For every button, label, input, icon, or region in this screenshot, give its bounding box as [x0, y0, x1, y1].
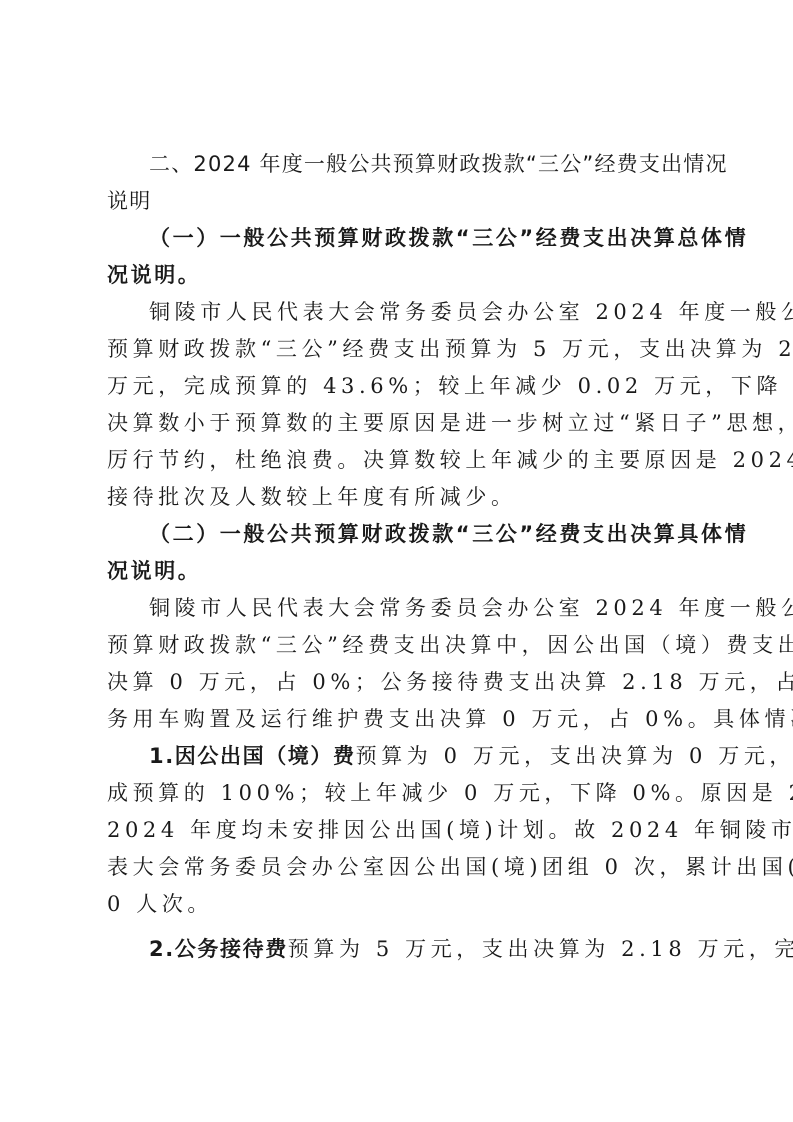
section-heading-line: 说明 [107, 183, 693, 220]
paragraph-line: 预算财政拨款“三公”经费支出决算中，因公出国（境）费支出 [107, 627, 693, 664]
subsection-heading-line: 况说明。 [107, 553, 693, 590]
item-official-reception: 2.公务接待费预算为 5 万元，支出决算为 2.18 万元，完成 [107, 931, 693, 968]
paragraph-line: 2024 年度均未安排因公出国(境)计划。故 2024 年铜陵市人民代 [107, 812, 693, 849]
item-label: 1.因公出国（境）费 [149, 744, 356, 768]
subsection-heading-line: （二）一般公共预算财政拨款“三公”经费支出决算具体情 [107, 516, 693, 553]
subsection-heading-line: 况说明。 [107, 257, 693, 294]
spacer [107, 923, 693, 931]
paragraph-line: 表大会常务委员会办公室因公出国(境)团组 0 次，累计出国(境) [107, 849, 693, 886]
section-heading-line: 二、2024 年度一般公共预算财政拨款“三公”经费支出情况 [107, 146, 693, 183]
paragraph-line: 铜陵市人民代表大会常务委员会办公室 2024 年度一般公共 [107, 294, 693, 331]
item-first-line: 2.公务接待费预算为 5 万元，支出决算为 2.18 万元，完成 [107, 931, 693, 968]
subsection-heading-line: （一）一般公共预算财政拨款“三公”经费支出决算总体情 [107, 220, 693, 257]
section-heading: 二、2024 年度一般公共预算财政拨款“三公”经费支出情况 说明 [107, 146, 693, 220]
item-first-line: 1.因公出国（境）费预算为 0 万元，支出决算为 0 万元，完 [107, 738, 693, 775]
paragraph-overall: 铜陵市人民代表大会常务委员会办公室 2024 年度一般公共 预算财政拨款“三公”… [107, 294, 693, 516]
paragraph-line: 0 人次。 [107, 886, 693, 923]
subsection-detail: （二）一般公共预算财政拨款“三公”经费支出决算具体情 况说明。 铜陵市人民代表大… [107, 516, 693, 968]
paragraph-line: 决算数小于预算数的主要原因是进一步树立过“紧日子”思想， [107, 405, 693, 442]
paragraph-line: 成预算的 100%；较上年减少 0 万元，下降 0%。原因是 2023 年度、 [107, 775, 693, 812]
paragraph-line: 铜陵市人民代表大会常务委员会办公室 2024 年度一般公共 [107, 590, 693, 627]
paragraph-detail: 铜陵市人民代表大会常务委员会办公室 2024 年度一般公共 预算财政拨款“三公”… [107, 590, 693, 738]
paragraph-line: 厉行节约，杜绝浪费。决算数较上年减少的主要原因是 2024 年度 [107, 442, 693, 479]
paragraph-line: 务用车购置及运行维护费支出决算 0 万元，占 0%。具体情况如下： [107, 701, 693, 738]
item-text: 预算为 5 万元，支出决算为 2.18 万元，完成 [288, 937, 793, 961]
paragraph-line: 万元，完成预算的 43.6%；较上年减少 0.02 万元，下降 0.91%。 [107, 368, 693, 405]
paragraph-line: 接待批次及人数较上年度有所减少。 [107, 479, 693, 516]
subsection-overall: （一）一般公共预算财政拨款“三公”经费支出决算总体情 况说明。 铜陵市人民代表大… [107, 220, 693, 516]
paragraph-line: 预算财政拨款“三公”经费支出预算为 5 万元，支出决算为 2.18 [107, 331, 693, 368]
item-label: 2.公务接待费 [149, 937, 288, 961]
document-page: 二、2024 年度一般公共预算财政拨款“三公”经费支出情况 说明 （一）一般公共… [107, 146, 693, 968]
paragraph-line: 决算 0 万元，占 0%；公务接待费支出决算 2.18 万元，占 100%；公 [107, 664, 693, 701]
item-overseas-travel: 1.因公出国（境）费预算为 0 万元，支出决算为 0 万元，完 成预算的 100… [107, 738, 693, 923]
item-text: 预算为 0 万元，支出决算为 0 万元，完 [356, 744, 793, 768]
